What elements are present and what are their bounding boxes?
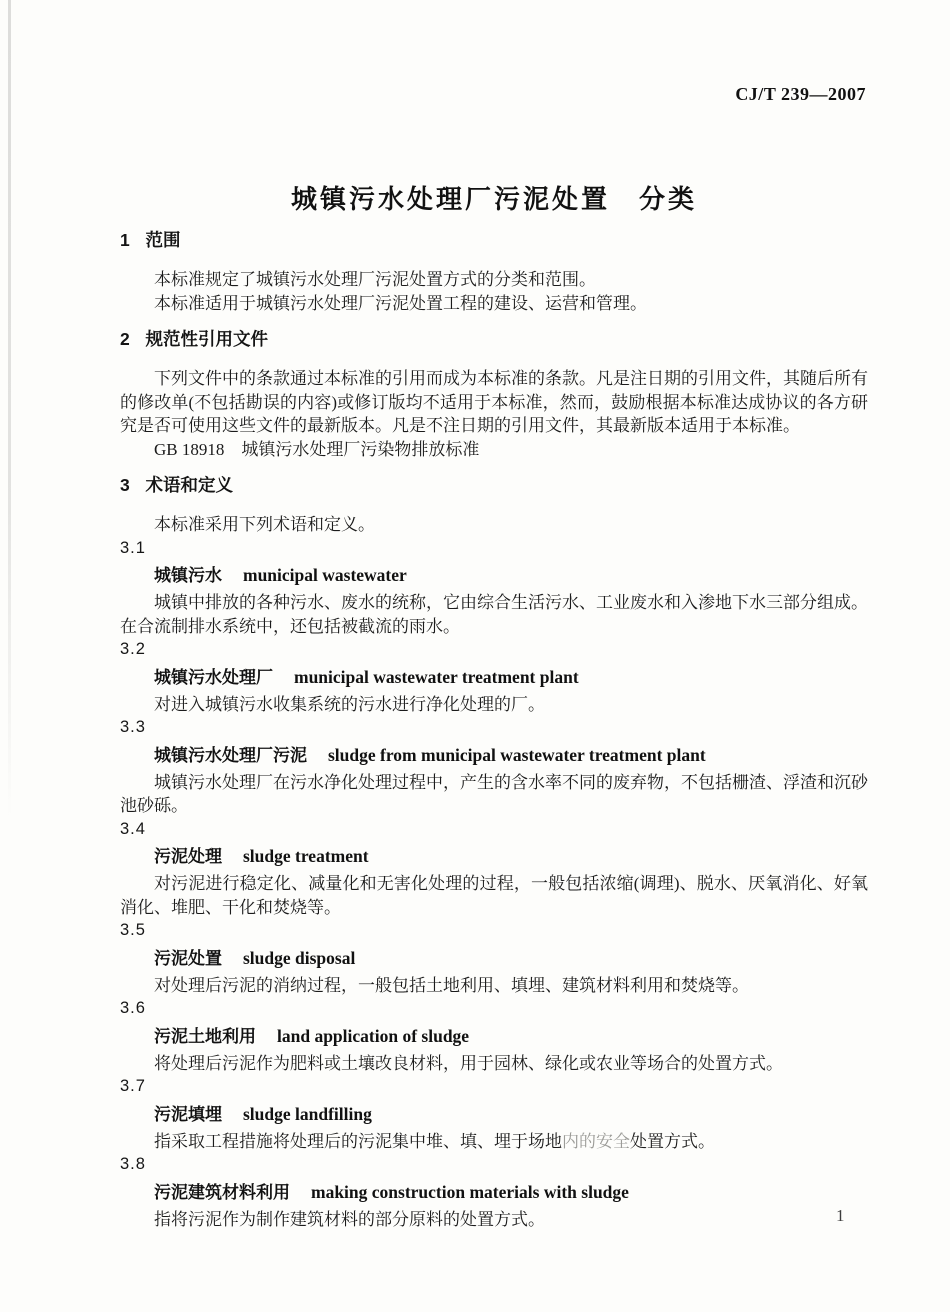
term-chinese: 城镇污水处理厂 [154, 668, 273, 687]
document-page: CJ/T 239—2007 城镇污水处理厂污泥处置 分类 1范围 本标准规定了城… [0, 0, 950, 1312]
term-definition: 将处理后污泥作为肥料或土壤改良材料，用于园林、绿化或农业等场合的处置方式。 [120, 1052, 868, 1076]
term-chinese: 污泥土地利用 [154, 1027, 256, 1046]
term-definition: 指采取工程措施将处理后的污泥集中堆、填、埋于场地内的安全处置方式。 [120, 1130, 868, 1154]
section-heading: 1范围 [120, 228, 868, 252]
term-number: 3.2 [120, 638, 868, 662]
term-chinese: 污泥处置 [154, 949, 222, 968]
term-definition-block: 3.7 污泥填埋sludge landfilling 指采取工程措施将处理后的污… [120, 1075, 868, 1153]
page-number: 1 [836, 1206, 845, 1226]
term-number: 3.6 [120, 997, 868, 1021]
term-english: sludge disposal [243, 948, 355, 968]
normative-reference: GB 18918 城镇污水处理厂污染物排放标准 [120, 438, 868, 462]
term-chinese: 城镇污水 [154, 566, 222, 585]
term-definition-block: 3.1 城镇污水municipal wastewater 城镇中排放的各种污水、… [120, 537, 868, 639]
term-definition-block: 3.2 城镇污水处理厂municipal wastewater treatmen… [120, 638, 868, 716]
term-number: 3.5 [120, 919, 868, 943]
term-line: 城镇污水municipal wastewater [120, 563, 868, 588]
term-chinese: 污泥建筑材料利用 [154, 1183, 290, 1202]
term-english: sludge landfilling [243, 1104, 372, 1124]
section-title: 术语和定义 [145, 475, 233, 495]
term-definition-block: 3.5 污泥处置sludge disposal 对处理后污泥的消纳过程，一般包括… [120, 919, 868, 997]
term-english: making construction materials with sludg… [311, 1182, 629, 1202]
standard-code: CJ/T 239—2007 [735, 84, 866, 105]
definition-text: 城镇污水处理厂在污水净化处理过程中，产生的含水率不同的废弃物，不包括栅渣、浮渣和… [120, 773, 868, 816]
scan-artifact-left-edge [8, 0, 11, 818]
term-english: municipal wastewater [243, 565, 407, 585]
term-line: 污泥处理sludge treatment [120, 844, 868, 869]
paragraph: 本标准采用下列术语和定义。 [120, 513, 868, 537]
term-number: 3.4 [120, 818, 868, 842]
term-line: 污泥建筑材料利用making construction materials wi… [120, 1180, 868, 1205]
term-definition: 对处理后污泥的消纳过程，一般包括土地利用、填埋、建筑材料利用和焚烧等。 [120, 974, 868, 998]
definition-text: 城镇中排放的各种污水、废水的统称，它由综合生活污水、工业废水和入渗地下水三部分组… [120, 593, 868, 636]
term-english: land application of sludge [277, 1026, 469, 1046]
section-number: 2 [120, 329, 130, 349]
definition-text: 对处理后污泥的消纳过程，一般包括土地利用、填埋、建筑材料利用和焚烧等。 [154, 976, 749, 995]
term-number: 3.1 [120, 537, 868, 561]
section-title: 范围 [145, 230, 180, 250]
term-line: 城镇污水处理厂污泥sludge from municipal wastewate… [120, 743, 868, 768]
paragraph: 本标准规定了城镇污水处理厂污泥处置方式的分类和范围。 [120, 268, 868, 292]
term-english: municipal wastewater treatment plant [294, 667, 579, 687]
term-chinese: 污泥处理 [154, 847, 222, 866]
term-definition-block: 3.4 污泥处理sludge treatment 对污泥进行稳定化、减量化和无害… [120, 818, 868, 920]
definition-text: 对进入城镇污水收集系统的污水进行净化处理的厂。 [154, 695, 545, 714]
section-number: 3 [120, 475, 130, 495]
term-chinese: 城镇污水处理厂污泥 [154, 746, 307, 765]
term-definition-block: 3.8 污泥建筑材料利用making construction material… [120, 1153, 868, 1231]
term-definition: 指将污泥作为制作建筑材料的部分原料的处置方式。 [120, 1208, 868, 1232]
paragraph: 下列文件中的条款通过本标准的引用而成为本标准的条款。凡是注日期的引用文件，其随后… [120, 367, 868, 438]
definition-text: 处置方式。 [630, 1132, 715, 1151]
section-heading: 2规范性引用文件 [120, 327, 868, 351]
term-definition: 对进入城镇污水收集系统的污水进行净化处理的厂。 [120, 693, 868, 717]
term-definition: 对污泥进行稳定化、减量化和无害化处理的过程，一般包括浓缩(调理)、脱水、厌氧消化… [120, 872, 868, 919]
term-line: 污泥处置sludge disposal [120, 946, 868, 971]
document-body: 1范围 本标准规定了城镇污水处理厂污泥处置方式的分类和范围。本标准适用于城镇污水… [120, 216, 868, 1231]
section-number: 1 [120, 230, 130, 250]
term-english: sludge from municipal wastewater treatme… [328, 745, 706, 765]
definition-text: 指将污泥作为制作建筑材料的部分原料的处置方式。 [154, 1210, 545, 1229]
faded-scan-text: 内的安全 [562, 1132, 630, 1151]
term-definition: 城镇污水处理厂在污水净化处理过程中，产生的含水率不同的废弃物，不包括栅渣、浮渣和… [120, 771, 868, 818]
term-number: 3.8 [120, 1153, 868, 1177]
definition-text: 将处理后污泥作为肥料或土壤改良材料，用于园林、绿化或农业等场合的处置方式。 [154, 1054, 783, 1073]
term-definition-block: 3.3 城镇污水处理厂污泥sludge from municipal waste… [120, 716, 868, 818]
document-title: 城镇污水处理厂污泥处置 分类 [120, 179, 868, 216]
definition-text: 对污泥进行稳定化、减量化和无害化处理的过程，一般包括浓缩(调理)、脱水、厌氧消化… [120, 874, 868, 917]
term-definition-block: 3.6 污泥土地利用land application of sludge 将处理… [120, 997, 868, 1075]
term-line: 城镇污水处理厂municipal wastewater treatment pl… [120, 665, 868, 690]
section-heading: 3术语和定义 [120, 473, 868, 497]
term-definition: 城镇中排放的各种污水、废水的统称，它由综合生活污水、工业废水和入渗地下水三部分组… [120, 591, 868, 638]
paragraph: 本标准适用于城镇污水处理厂污泥处置工程的建设、运营和管理。 [120, 292, 868, 316]
definition-text: 指采取工程措施将处理后的污泥集中堆、填、埋于场地 [154, 1132, 562, 1151]
section-title: 规范性引用文件 [145, 329, 268, 349]
term-number: 3.3 [120, 716, 868, 740]
term-line: 污泥填埋sludge landfilling [120, 1102, 868, 1127]
term-english: sludge treatment [243, 846, 369, 866]
term-number: 3.7 [120, 1075, 868, 1099]
term-line: 污泥土地利用land application of sludge [120, 1024, 868, 1049]
term-chinese: 污泥填埋 [154, 1105, 222, 1124]
